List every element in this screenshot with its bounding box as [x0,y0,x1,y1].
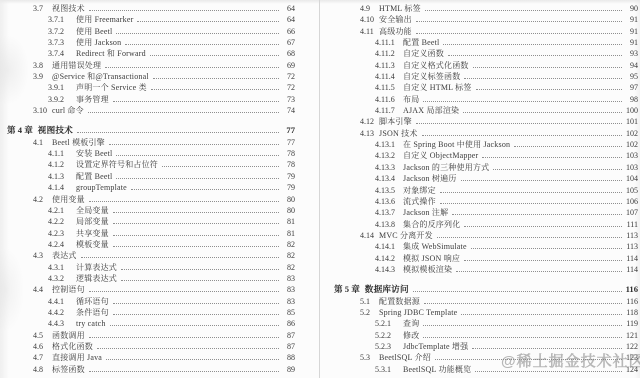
dot-leader [473,67,622,68]
toc-entry-page: 79 [281,182,295,193]
toc-entry-title: @Service 和@Transactional [52,71,151,82]
dot-leader [416,123,622,124]
toc-entry-title: 循环语句 [76,296,111,307]
toc-entry-page: 72 [281,82,295,93]
dot-leader [151,89,279,90]
toc-entry: 3.9.2事务管理73 [7,94,295,105]
dot-leader [422,135,622,136]
toc-entry-number: 4.11.1 [375,37,403,48]
toc-entry-number: 4.2.1 [48,205,76,216]
toc-entry: 5.1配置数据源116 [334,296,638,307]
toc-entry-number: 4.6 [33,341,52,352]
toc-entry: 4.5函数调用87 [7,330,295,341]
scanned-toc-page: 3.7视图技术643.7.1使用 Freemarker643.7.2使用 Bee… [0,0,640,378]
toc-entry-page: 80 [281,194,295,205]
toc-entry-title: try catch [76,318,108,329]
toc-entry: 4.11.2自定义函数93 [334,48,638,59]
toc-entry-number: 3.7.3 [48,37,76,48]
toc-entry-number: 4.5 [33,330,52,341]
toc-entry-number: 4.13.7 [375,207,403,218]
toc-entry-title: 自定义 ObjectMapper [403,150,480,161]
toc-entry-title: 脚本引擎 [379,116,414,127]
toc-entry-page: 82 [281,262,295,273]
toc-entry-title: JSON 技术 [379,128,420,139]
toc-entry: 3.7.1使用 Freemarker64 [7,14,295,25]
toc-entry-page: 93 [624,48,638,59]
toc-entry: 4.13.4Jackson 树遍历104 [334,173,638,184]
toc-entry-number: 4.14.3 [375,264,403,275]
toc-entry: 5.2.1查询119 [334,318,638,329]
toc-entry-page: 89 [281,364,295,375]
toc-entry: 3.7.2使用 Beetl66 [7,26,295,37]
toc-entry-number: 3.7.4 [48,48,76,59]
dot-leader [461,180,622,181]
dot-leader [106,359,279,360]
toc-entry: 4.11.1配置 Beetl91 [334,37,638,48]
toc-entry: 4.13.2自定义 ObjectMapper103 [334,150,638,161]
toc-entry: 第 4 章视图技术77 [7,125,295,136]
dot-leader [464,226,622,227]
toc-entry-number: 5.3 [360,352,379,363]
toc-entry-page: 74 [281,105,295,116]
toc-entry-page: 82 [281,250,295,261]
toc-entry-page: 88 [281,352,295,363]
toc-entry-page: 91 [624,26,638,37]
toc-entry-number: 4.13.2 [375,150,403,161]
toc-entry-page: 103 [624,162,638,173]
toc-entry-page: 106 [624,196,638,207]
dot-leader [113,246,279,247]
toc-entry-number: 5.2.1 [375,318,403,329]
dot-leader [89,337,279,338]
toc-entry-number: 4.13.3 [375,162,403,173]
toc-entry-page: 81 [281,228,295,239]
toc-entry-title: 集成 WebSimulate [403,241,469,252]
toc-entry-page: 119 [624,318,638,329]
toc-entry-page: 105 [624,185,638,196]
dot-leader [97,348,279,349]
toc-entry-page: 94 [624,60,638,71]
toc-entry-page: 100 [624,105,638,116]
toc-entry-page: 118 [624,307,638,318]
toc-entry-number: 3.7.1 [48,14,76,25]
toc-entry-number: 4.9 [360,3,379,14]
toc-entry-page: 79 [281,171,295,182]
toc-entry-title: Beetl 模板引擎 [52,137,107,148]
toc-entry: 4.1.4groupTemplate79 [7,182,295,193]
toc-entry: 4.3.1计算表达式82 [7,262,295,273]
toc-entry: 4.2.2局部变量81 [7,216,295,227]
dot-leader [110,325,279,326]
dot-leader [116,178,279,179]
toc-entry-number: 4.4.2 [48,307,76,318]
dot-leader [456,271,622,272]
toc-entry-page: 72 [281,71,295,82]
toc-entry-page: 85 [281,307,295,318]
toc-entry-number: 3.9.1 [48,82,76,93]
toc-entry: 4.2使用变量80 [7,194,295,205]
toc-entry-number: 4.13.1 [375,139,403,150]
toc-entry: 4.13.7Jackson 注解107 [334,207,638,218]
dot-leader [413,291,622,292]
toc-entry-title: 自定义格式化函数 [403,60,471,71]
toc-entry-number: 4.1.1 [48,148,76,159]
toc-entry-page: 114 [624,253,638,264]
dot-leader [89,291,279,292]
toc-entry-page: 83 [281,284,295,295]
toc-entry: 4.13.6流式操作106 [334,196,638,207]
toc-entry: 4.2.3共享变量81 [7,228,295,239]
dot-leader [105,67,279,68]
toc-entry-number: 4.4.1 [48,296,76,307]
toc-entry-number: 4.14 [360,230,379,241]
toc-entry: 第 5 章数据库访问116 [334,284,638,295]
dot-leader [116,33,279,34]
toc-entry: 5.2.2修改121 [334,330,638,341]
toc-entry-number: 4.3 [33,250,52,261]
toc-entry-page: 77 [281,125,295,136]
toc-entry-number: 4.13.6 [375,196,403,207]
toc-entry-number: 5.2.3 [375,341,403,352]
toc-entry-page: 86 [281,318,295,329]
toc-entry: 4.12脚本引擎101 [334,116,638,127]
toc-entry-title: 表达式 [52,250,79,261]
dot-leader [423,337,622,338]
dot-leader [153,78,279,79]
toc-entry-title: AJAX 局部渲染 [403,105,461,116]
toc-entry-page: 102 [624,139,638,150]
toc-entry-page: 101 [624,116,638,127]
toc-entry-page: 91 [624,37,638,48]
toc-entry-title: 使用变量 [52,194,87,205]
dot-leader [131,189,279,190]
toc-entry-number: 4.1.4 [48,182,76,193]
toc-entry-title: 流式操作 [403,196,438,207]
dot-leader [440,203,622,204]
toc-entry-title: 函数调用 [52,330,87,341]
toc-entry-page: 80 [281,205,295,216]
dot-leader [137,21,279,22]
toc-entry-title: 安装 Beetl [76,148,114,159]
watermark: @稀土掘金技术社区 [501,350,640,371]
toc-entry-title: 设置定界符号和占位符 [76,159,160,170]
dot-leader [443,44,622,45]
toc-entry: 4.11高级功能91 [334,26,638,37]
toc-entry-number: 4.4.3 [48,318,76,329]
toc-entry-number: 4.11.3 [375,60,403,71]
dot-leader [113,212,279,213]
dot-leader [461,314,622,315]
toc-entry: 4.11.7AJAX 局部渲染100 [334,105,638,116]
toc-entry-title: 事务管理 [76,94,111,105]
toc-entry-page: 111 [624,219,638,230]
toc-entry-page: 90 [624,3,638,14]
toc-entry: 4.2.4模板变量82 [7,239,295,250]
toc-entry-title: Jackson 树遍历 [403,173,459,184]
toc-entry-number: 4.3.2 [48,273,76,284]
dot-leader [416,33,622,34]
toc-entry-title: 高级功能 [379,26,414,37]
toc-entry: 4.6格式化函数87 [7,341,295,352]
toc-entry-number: 4.13.4 [375,173,403,184]
dot-leader [425,10,622,11]
toc-entry: 4.4.3try catch86 [7,318,295,329]
toc-entry-number: 4.2.4 [48,239,76,250]
toc-entry-title: 使用 Beetl [76,26,114,37]
toc-entry-number: 3.9 [33,71,52,82]
dot-leader [162,166,279,167]
toc-entry-page: 121 [624,330,638,341]
dot-leader [113,235,279,236]
toc-right-column: 4.9HTML 标签904.10安全输出914.11高级功能914.11.1配置… [334,3,638,375]
toc-entry-title: HTML 标签 [379,3,423,14]
dot-leader [81,257,279,258]
toc-entry: 4.3表达式82 [7,250,295,261]
toc-entry: 3.8通用错误处理69 [7,60,295,71]
toc-entry-page: 116 [624,284,638,295]
toc-entry: 4.1.2设置定界符号和占位符78 [7,159,295,170]
toc-entry-title: 模板变量 [76,239,111,250]
toc-entry-title: 布局 [403,94,421,105]
toc-entry-page: 67 [281,37,295,48]
dot-leader [77,132,279,133]
toc-entry: 3.9@Service 和@Transactional72 [7,71,295,82]
toc-entry-number: 4.13 [360,128,379,139]
toc-entry: 4.14.1集成 WebSimulate113 [334,241,638,252]
toc-entry-title: 查询 [403,318,421,329]
toc-entry-number: 4.10 [360,14,379,25]
toc-entry: 4.13JSON 技术102 [334,128,638,139]
toc-entry-number: 5.1 [360,296,379,307]
dot-leader [125,44,279,45]
toc-entry-number: 4.11.2 [375,48,403,59]
toc-entry-page: 83 [281,273,295,284]
toc-entry-number: 3.7 [33,3,52,14]
toc-entry-number: 4.2.2 [48,216,76,227]
toc-entry: 4.14.3模拟模板渲染114 [334,264,638,275]
toc-entry-title: 对象绑定 [403,185,438,196]
toc-entry-title: MVC 分离开发 [379,230,435,241]
toc-entry-number: 5.2 [360,307,379,318]
toc-entry-page: 98 [624,94,638,105]
toc-entry-title: 在 Spring Boot 中使用 Jackson [403,139,512,150]
toc-entry-number: 4.11 [360,26,379,37]
toc-entry-number: 3.8 [33,60,52,71]
toc-entry-title: 标签函数 [52,364,87,375]
dot-leader [113,314,279,315]
toc-entry-title: 全局变量 [76,205,111,216]
toc-entry-title: Redirect 和 Forward [76,48,148,59]
toc-entry-page: 113 [624,230,638,241]
toc-entry-page: 68 [281,48,295,59]
toc-entry-number: 4.11.7 [375,105,403,116]
toc-entry-number: 4.2.3 [48,228,76,239]
toc-entry-page: 66 [281,26,295,37]
toc-entry: 4.13.3Jackson 的三种使用方式103 [334,162,638,173]
toc-entry-number: 5.3.1 [375,364,403,375]
dot-leader [463,112,622,113]
toc-entry-title: 逻辑表达式 [76,273,119,284]
toc-entry-title: BeetlSQL 介绍 [379,352,433,363]
toc-entry-page: 77 [281,137,295,148]
dot-leader [464,260,622,261]
toc-entry: 4.8标签函数89 [7,364,295,375]
toc-entry: 4.11.4自定义标签函数95 [334,71,638,82]
dot-leader [423,325,622,326]
dot-leader [482,157,622,158]
toc-entry-number: 4.12 [360,116,379,127]
dot-leader [464,78,622,79]
toc-entry-page: 87 [281,330,295,341]
toc-entry-title: groupTemplate [76,182,129,193]
dot-leader [150,55,279,56]
toc-entry-page: 104 [624,173,638,184]
dot-leader [452,214,622,215]
toc-entry-page: 97 [624,82,638,93]
dot-leader [88,112,279,113]
toc-entry-title: Jackson 的三种使用方式 [403,162,491,173]
toc-entry-title: Spring JDBC Template [379,307,459,318]
toc-entry-title: 自定义函数 [403,48,446,59]
toc-entry-number: 4.14.2 [375,253,403,264]
toc-entry-title: 局部变量 [76,216,111,227]
toc-entry-title: 自定义标签函数 [403,71,462,82]
toc-entry-title: 安全输出 [379,14,414,25]
dot-leader [121,280,279,281]
toc-entry-title: 声明一个 Service 类 [76,82,149,93]
dot-leader [424,303,622,304]
dot-leader [416,21,622,22]
toc-entry: 4.1Beetl 模板引擎77 [7,137,295,148]
dot-leader [113,101,279,102]
toc-entry-title: 配置 Beetl [76,171,114,182]
toc-entry: 4.4.1循环语句83 [7,296,295,307]
dot-leader [116,155,279,156]
toc-entry-title: BeetlSQL 功能概览 [403,364,473,375]
toc-entry-number: 第 5 章 [334,284,365,295]
dot-leader [109,144,279,145]
toc-entry-number: 3.10 [33,105,52,116]
toc-entry-number: 第 4 章 [7,125,38,136]
toc-entry: 4.14MVC 分离开发113 [334,230,638,241]
toc-entry-number: 4.11.5 [375,82,403,93]
toc-entry-number: 4.13.8 [375,219,403,230]
toc-entry-page: 102 [624,128,638,139]
toc-entry-title: 集合的反序列化 [403,219,462,230]
dot-leader [437,237,622,238]
dot-leader [476,89,622,90]
toc-entry-title: 模拟模板渲染 [403,264,454,275]
dot-leader [514,146,622,147]
toc-entry: 3.7.3使用 Jackson67 [7,37,295,48]
toc-entry-page: 91 [624,14,638,25]
toc-entry-title: 控制语句 [52,284,87,295]
toc-entry-page: 64 [281,14,295,25]
toc-entry-title: 直接调用 Java [52,352,104,363]
toc-entry: 4.13.8集合的反序列化111 [334,219,638,230]
toc-entry-number: 3.9.2 [48,94,76,105]
toc-entry-number: 4.11.6 [375,94,403,105]
toc-entry-title: 条件语句 [76,307,111,318]
toc-entry-page: 82 [281,239,295,250]
page-divider [319,0,320,378]
toc-entry-page: 73 [281,94,295,105]
toc-entry: 3.10curl 命令74 [7,105,295,116]
toc-entry: 4.9HTML 标签90 [334,3,638,14]
toc-entry: 4.11.3自定义格式化函数94 [334,60,638,71]
dot-leader [89,10,279,11]
toc-entry-page: 78 [281,159,295,170]
toc-entry-number: 4.1.2 [48,159,76,170]
dot-leader [89,371,279,372]
dot-leader [471,248,622,249]
toc-entry-page: 81 [281,216,295,227]
toc-entry-page: 64 [281,3,295,14]
toc-entry: 4.3.2逻辑表达式83 [7,273,295,284]
toc-entry-title: 计算表达式 [76,262,119,273]
toc-entry-title: 数据库访问 [365,284,411,295]
toc-entry-page: 78 [281,148,295,159]
toc-entry: 4.4.2条件语句85 [7,307,295,318]
toc-left-column: 3.7视图技术643.7.1使用 Freemarker643.7.2使用 Bee… [7,3,295,375]
dot-leader [493,169,622,170]
toc-entry-page: 116 [624,296,638,307]
toc-entry-title: curl 命令 [52,105,86,116]
toc-entry-page: 114 [624,264,638,275]
toc-entry-title: 模拟 JSON 响应 [403,253,462,264]
toc-entry-title: 修改 [403,330,421,341]
toc-entry-page: 69 [281,60,295,71]
toc-entry-number: 3.7.2 [48,26,76,37]
toc-entry-title: 视图技术 [52,3,87,14]
toc-entry: 4.11.6布局98 [334,94,638,105]
toc-entry-title: 自定义 HTML 标签 [403,82,474,93]
toc-entry-title: Jackson 注解 [403,207,450,218]
dot-leader [423,101,622,102]
toc-entry-title: 配置数据源 [379,296,422,307]
toc-entry-number: 4.14.1 [375,241,403,252]
toc-entry-number: 4.2 [33,194,52,205]
toc-entry: 3.7.4Redirect 和 Forward68 [7,48,295,59]
toc-entry-number: 5.2.2 [375,330,403,341]
dot-leader [89,201,279,202]
toc-entry: 4.1.1安装 Beetl78 [7,148,295,159]
toc-entry: 4.13.5对象绑定105 [334,185,638,196]
toc-entry: 4.14.2模拟 JSON 响应114 [334,253,638,264]
toc-entry-title: 通用错误处理 [52,60,103,71]
toc-entry-number: 4.1 [33,137,52,148]
toc-entry-number: 4.1.3 [48,171,76,182]
toc-entry: 4.2.1全局变量80 [7,205,295,216]
toc-entry-title: JdbcTemplate 增强 [403,341,470,352]
toc-entry: 4.10安全输出91 [334,14,638,25]
toc-entry: 4.7直接调用 Java88 [7,352,295,363]
toc-entry-number: 4.8 [33,364,52,375]
toc-entry-title: 配置 Beetl [403,37,441,48]
toc-entry: 4.4控制语句83 [7,284,295,295]
toc-entry-title: 共享变量 [76,228,111,239]
toc-entry-title: 使用 Freemarker [76,14,135,25]
dot-leader [472,348,622,349]
toc-entry-page: 95 [624,71,638,82]
toc-entry: 4.1.3配置 Beetl79 [7,171,295,182]
toc-entry-number: 4.4 [33,284,52,295]
toc-entry-number: 4.11.4 [375,71,403,82]
toc-entry-page: 103 [624,150,638,161]
dot-leader [440,192,622,193]
toc-entry-page: 83 [281,296,295,307]
toc-entry-title: 使用 Jackson [76,37,123,48]
